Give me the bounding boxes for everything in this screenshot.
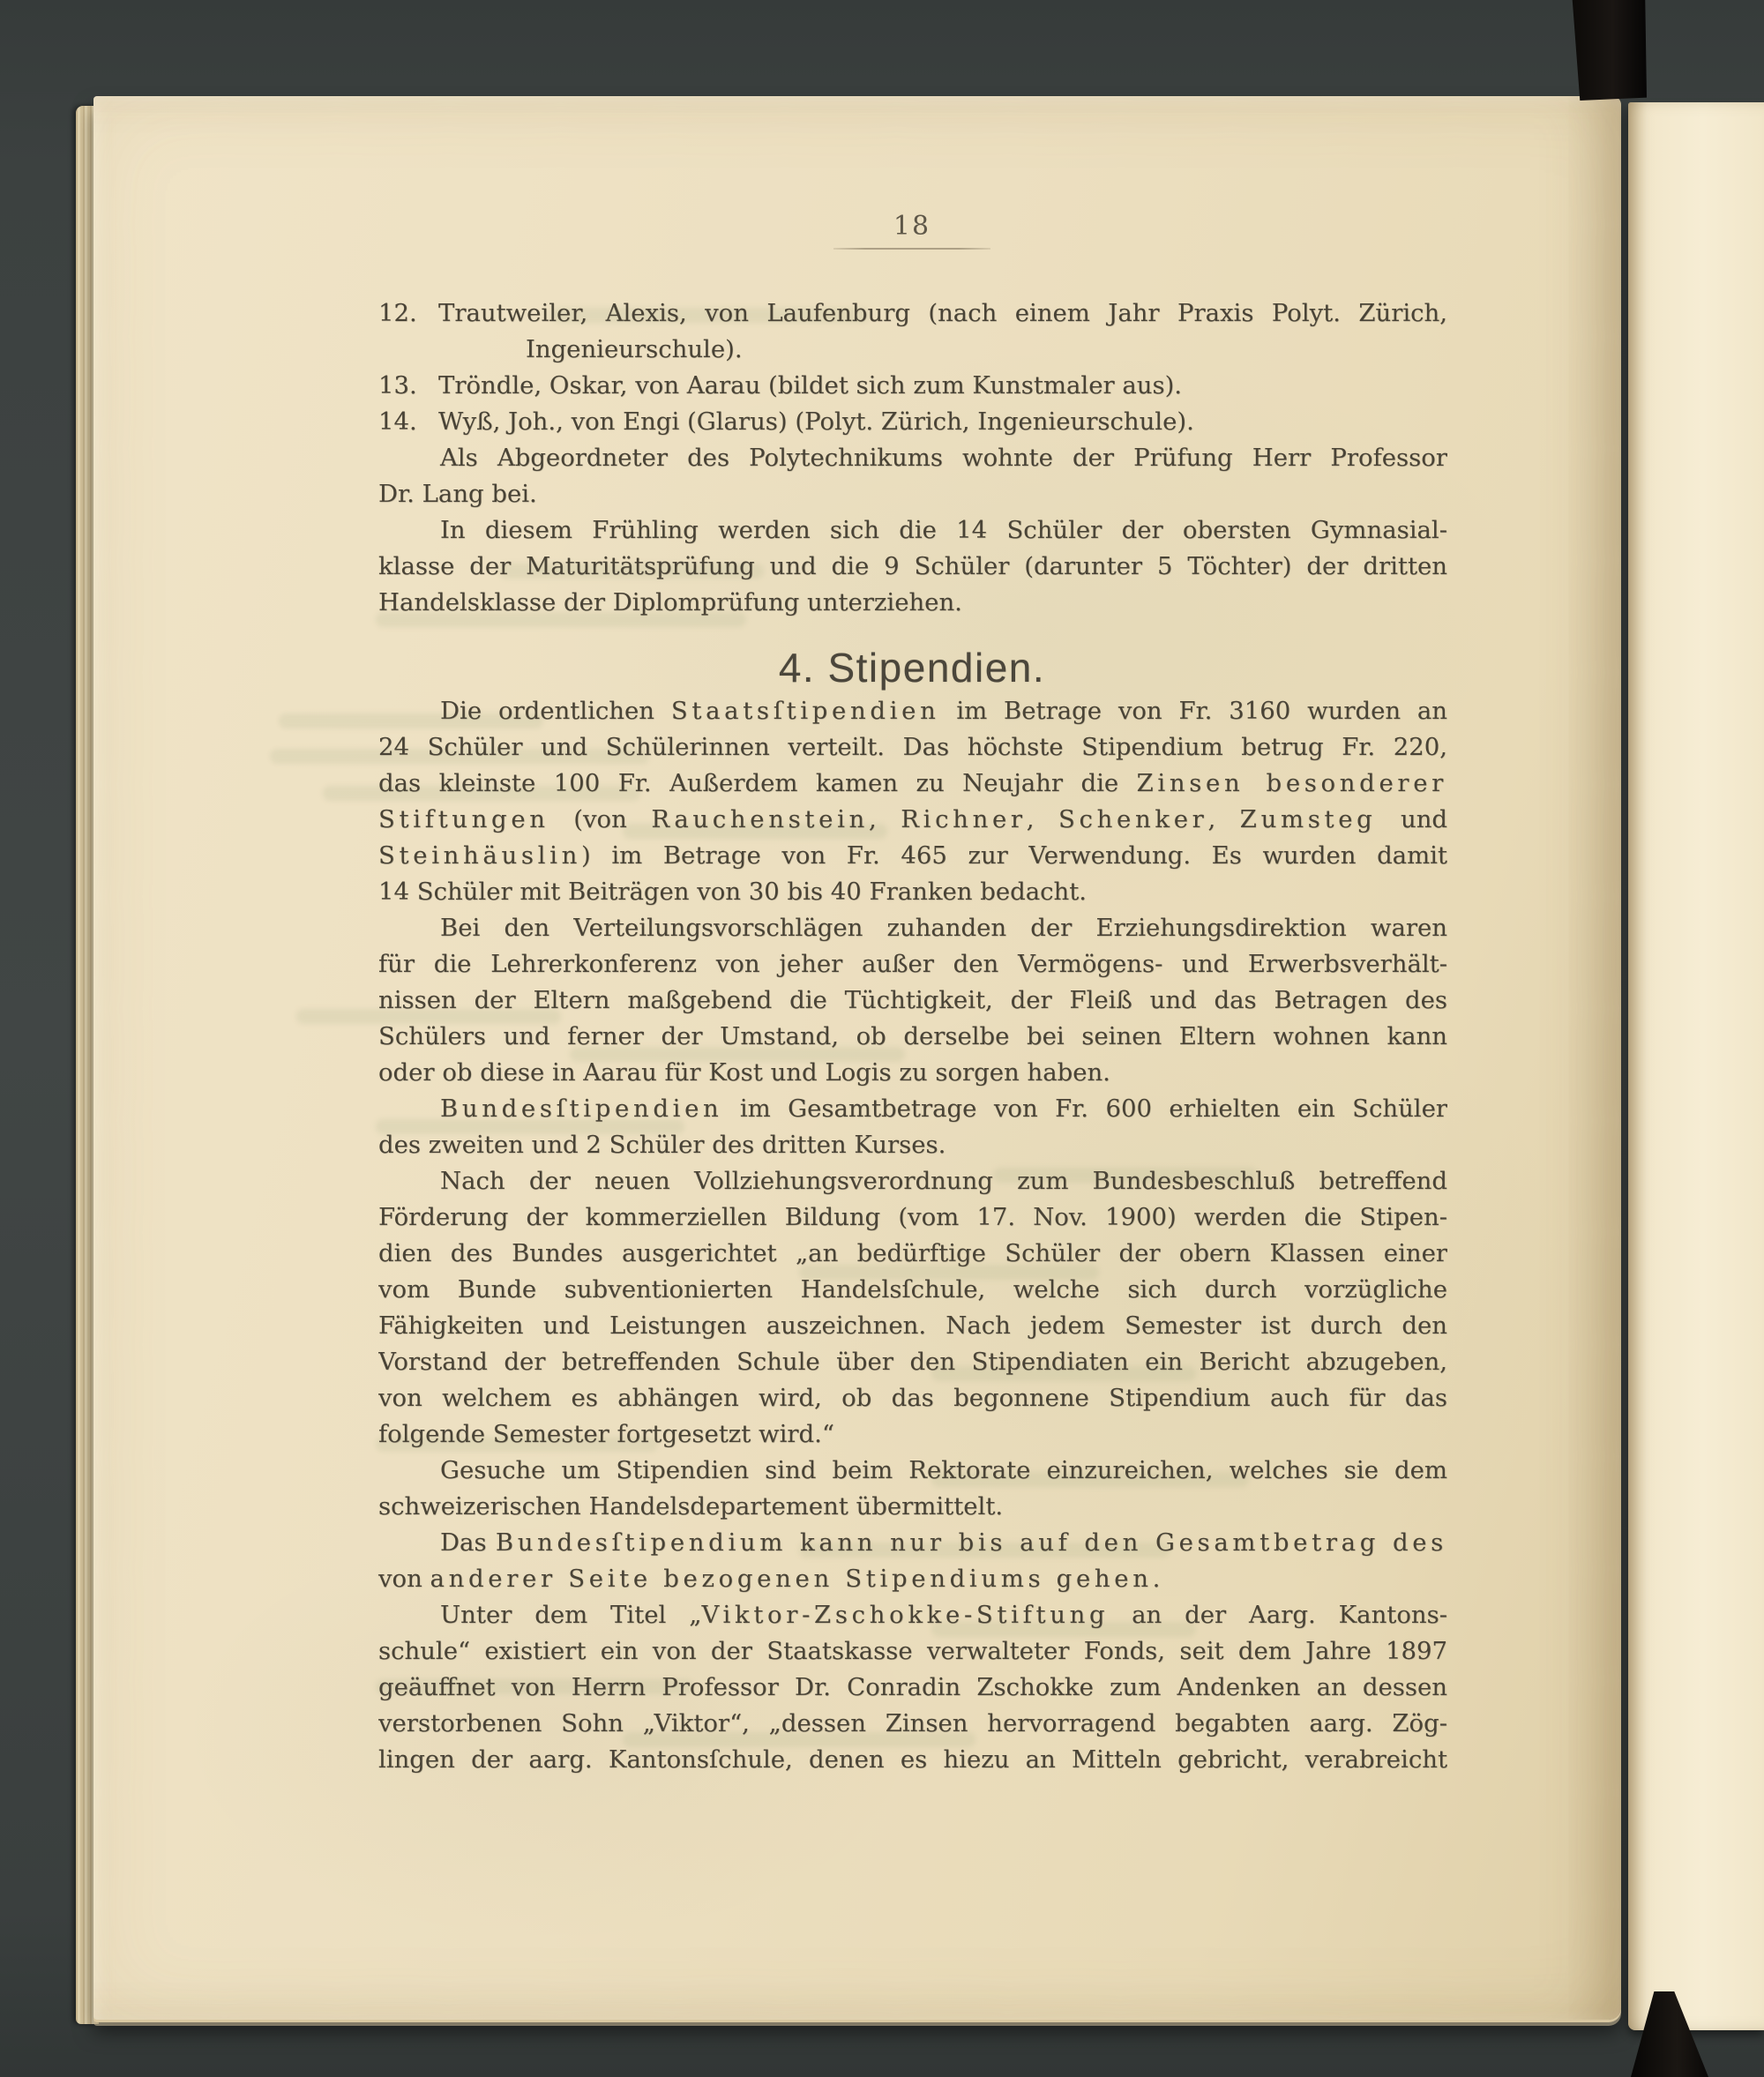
paragraph-line: nissen der Eltern maßgebend die Tüchtigk… xyxy=(378,982,1447,1019)
list-item-line: 12.Trautweiler, Alexis, von Laufenburg (… xyxy=(378,295,1447,332)
paragraph-line: schule“ existiert ein von der Staatskass… xyxy=(378,1633,1447,1670)
paragraph-line: des zweiten und 2 Schüler des dritten Ku… xyxy=(378,1127,1447,1163)
paragraph-line: Als Abgeordneter des Polytechnikums wohn… xyxy=(378,440,1447,476)
paragraph-line: Gesuche um Stipendien sind beim Rektorat… xyxy=(378,1453,1447,1489)
page-number: 18 xyxy=(378,211,1446,242)
paragraph-line: 24 Schüler und Schülerinnen verteilt. Da… xyxy=(378,729,1447,766)
paragraph-line: 14 Schüler mit Beiträgen von 30 bis 40 F… xyxy=(378,874,1447,910)
scanned-page: 18 4. Stipendien. 12.Trautweiler, Alexis… xyxy=(93,96,1621,2020)
paragraph-line: Vorstand der betreffenden Schule über de… xyxy=(378,1344,1447,1380)
paragraph-line: Nach der neuen Vollziehungsverordnung zu… xyxy=(378,1163,1447,1199)
next-page-edge xyxy=(1628,102,1764,2030)
paragraph-line: Das Bundesſtipendium kann nur bis auf de… xyxy=(378,1525,1447,1561)
paragraph-line: Bei den Verteilungsvorschlägen zuhanden … xyxy=(378,910,1447,946)
list-item-line: 13.Tröndle, Oskar, von Aarau (bildet sic… xyxy=(378,368,1447,404)
list-item-line: 14.Wyß, Joh., von Engi (Glarus) (Polyt. … xyxy=(378,404,1447,440)
paragraph-line: Stiftungen (von Rauchenstein, Richner, S… xyxy=(378,802,1447,838)
list-item-continuation: Ingenieurschule). xyxy=(378,332,1447,368)
paragraph-line: Förderung der kommerziellen Bildung (vom… xyxy=(378,1199,1447,1236)
paragraph-line: für die Lehrerkonferenz von jeher außer … xyxy=(378,946,1447,982)
bookmark-ribbon-top-icon xyxy=(1571,0,1647,101)
paragraph-line: Handelsklasse der Diplomprüfung unterzie… xyxy=(378,585,1447,621)
paragraph-line: vom Bunde subventionierten Handelsſchule… xyxy=(378,1272,1447,1308)
list-item-number: 13. xyxy=(378,368,417,404)
paragraph-line: das kleinste 100 Fr. Außerdem kamen zu N… xyxy=(378,766,1447,802)
paragraph-line: folgende Semester fortgesetzt wird.“ xyxy=(378,1416,1447,1453)
paragraph-line: von anderer Seite bezogenen Stipendiums … xyxy=(378,1561,1447,1597)
paragraph-line: Schülers und ferner der Umstand, ob ders… xyxy=(378,1019,1447,1055)
text-block-lower: Die ordentlichen Staatsſtipendien im Bet… xyxy=(378,693,1447,1778)
paragraph-line: schweizerischen Handelsdepartement überm… xyxy=(378,1489,1447,1525)
page-number-rule xyxy=(378,248,1446,250)
paragraph-line: geäuffnet von Herrn Professor Dr. Conrad… xyxy=(378,1670,1447,1706)
paragraph-line: verstorbenen Sohn „Viktor“, „dessen Zins… xyxy=(378,1706,1447,1742)
paragraph-line: oder ob diese in Aarau für Kost und Logi… xyxy=(378,1055,1447,1091)
paragraph-line: dien des Bundes ausgerichtet „an bedürft… xyxy=(378,1236,1447,1272)
paragraph-line: Dr. Lang bei. xyxy=(378,476,1447,512)
paragraph-line: Fähigkeiten und Leistungen auszeichnen. … xyxy=(378,1308,1447,1344)
section-heading: 4. Stipendien. xyxy=(378,644,1446,691)
paragraph-line: Unter dem Titel „Viktor-Zschokke-Stiftun… xyxy=(378,1597,1447,1633)
paragraph-line: Steinhäuslin) im Betrage von Fr. 465 zur… xyxy=(378,838,1447,874)
paragraph-line: In diesem Frühling werden sich die 14 Sc… xyxy=(378,512,1447,549)
paragraph-line: Bundesſtipendien im Gesamtbetrage von Fr… xyxy=(378,1091,1447,1127)
paragraph-line: Die ordentlichen Staatsſtipendien im Bet… xyxy=(378,693,1447,729)
photo-background: 18 4. Stipendien. 12.Trautweiler, Alexis… xyxy=(0,0,1764,2077)
paragraph-line: von welchem es abhängen wird, ob das beg… xyxy=(378,1380,1447,1416)
text-block-upper: 12.Trautweiler, Alexis, von Laufenburg (… xyxy=(378,295,1447,621)
list-item-number: 14. xyxy=(378,404,417,440)
list-item-number: 12. xyxy=(378,295,417,332)
paragraph-line: lingen der aarg. Kantonsſchule, denen es… xyxy=(378,1742,1447,1778)
paragraph-line: klasse der Maturitätsprüfung und die 9 S… xyxy=(378,549,1447,585)
